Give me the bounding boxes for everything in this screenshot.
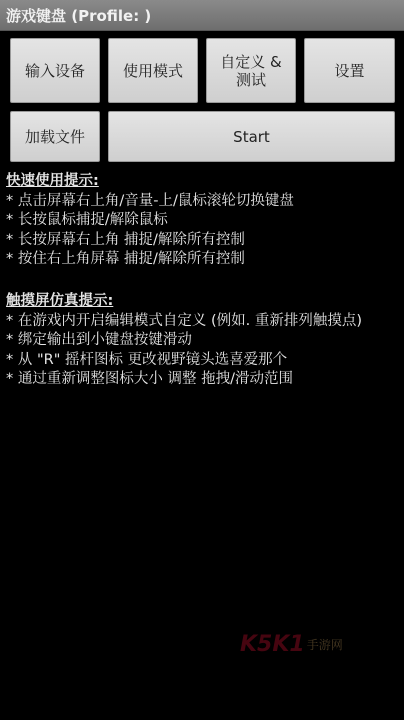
input-device-button[interactable]: 输入设备 [10,38,100,103]
tip-item: * 按住右上角屏幕 捕捉/解除所有控制 [6,250,294,270]
tip-item: * 点击屏幕右上角/音量-上/鼠标滚轮切换键盘 [6,192,294,212]
tip-item: * 在游戏内开启编辑模式自定义 (例如. 重新排列触摸点) [6,312,362,332]
start-label: Start [233,128,270,146]
watermark-site-text: 手游网 [307,636,343,653]
app-title: 游戏键盘 (Profile: ) [6,5,151,26]
settings-label: 设置 [334,62,364,80]
start-button[interactable]: Start [108,111,395,162]
customize-test-button[interactable]: 自定义 & 测试 [206,38,296,103]
title-bar: 游戏键盘 (Profile: ) [0,0,404,31]
watermark-logo-text: K5K1 [240,632,305,657]
load-file-label: 加载文件 [25,128,85,146]
tip-item: * 长按屏幕右上角 捕捉/解除所有控制 [6,231,294,251]
usage-mode-button[interactable]: 使用模式 [108,38,198,103]
touch-tips-heading: 触摸屏仿真提示: [6,292,362,312]
quick-tips: 快速使用提示: * 点击屏幕右上角/音量-上/鼠标滚轮切换键盘 * 长按鼠标捕捉… [6,172,294,270]
load-file-button[interactable]: 加载文件 [10,111,100,162]
usage-mode-label: 使用模式 [123,62,183,80]
tip-item: * 长按鼠标捕捉/解除鼠标 [6,211,294,231]
customize-test-label: 自定义 & 测试 [220,53,281,89]
tip-item: * 通过重新调整图标大小 调整 拖拽/滑动范围 [6,370,362,390]
tip-item: * 从 "R" 摇杆图标 更改视野镜头选喜爱那个 [6,351,362,371]
input-device-label: 输入设备 [25,62,85,80]
watermark-logo: K5K1 手游网 [240,632,343,657]
touch-tips: 触摸屏仿真提示: * 在游戏内开启编辑模式自定义 (例如. 重新排列触摸点) *… [6,292,362,390]
settings-button[interactable]: 设置 [304,38,395,103]
tip-item: * 绑定输出到小键盘按键滑动 [6,331,362,351]
quick-tips-heading: 快速使用提示: [6,172,294,192]
